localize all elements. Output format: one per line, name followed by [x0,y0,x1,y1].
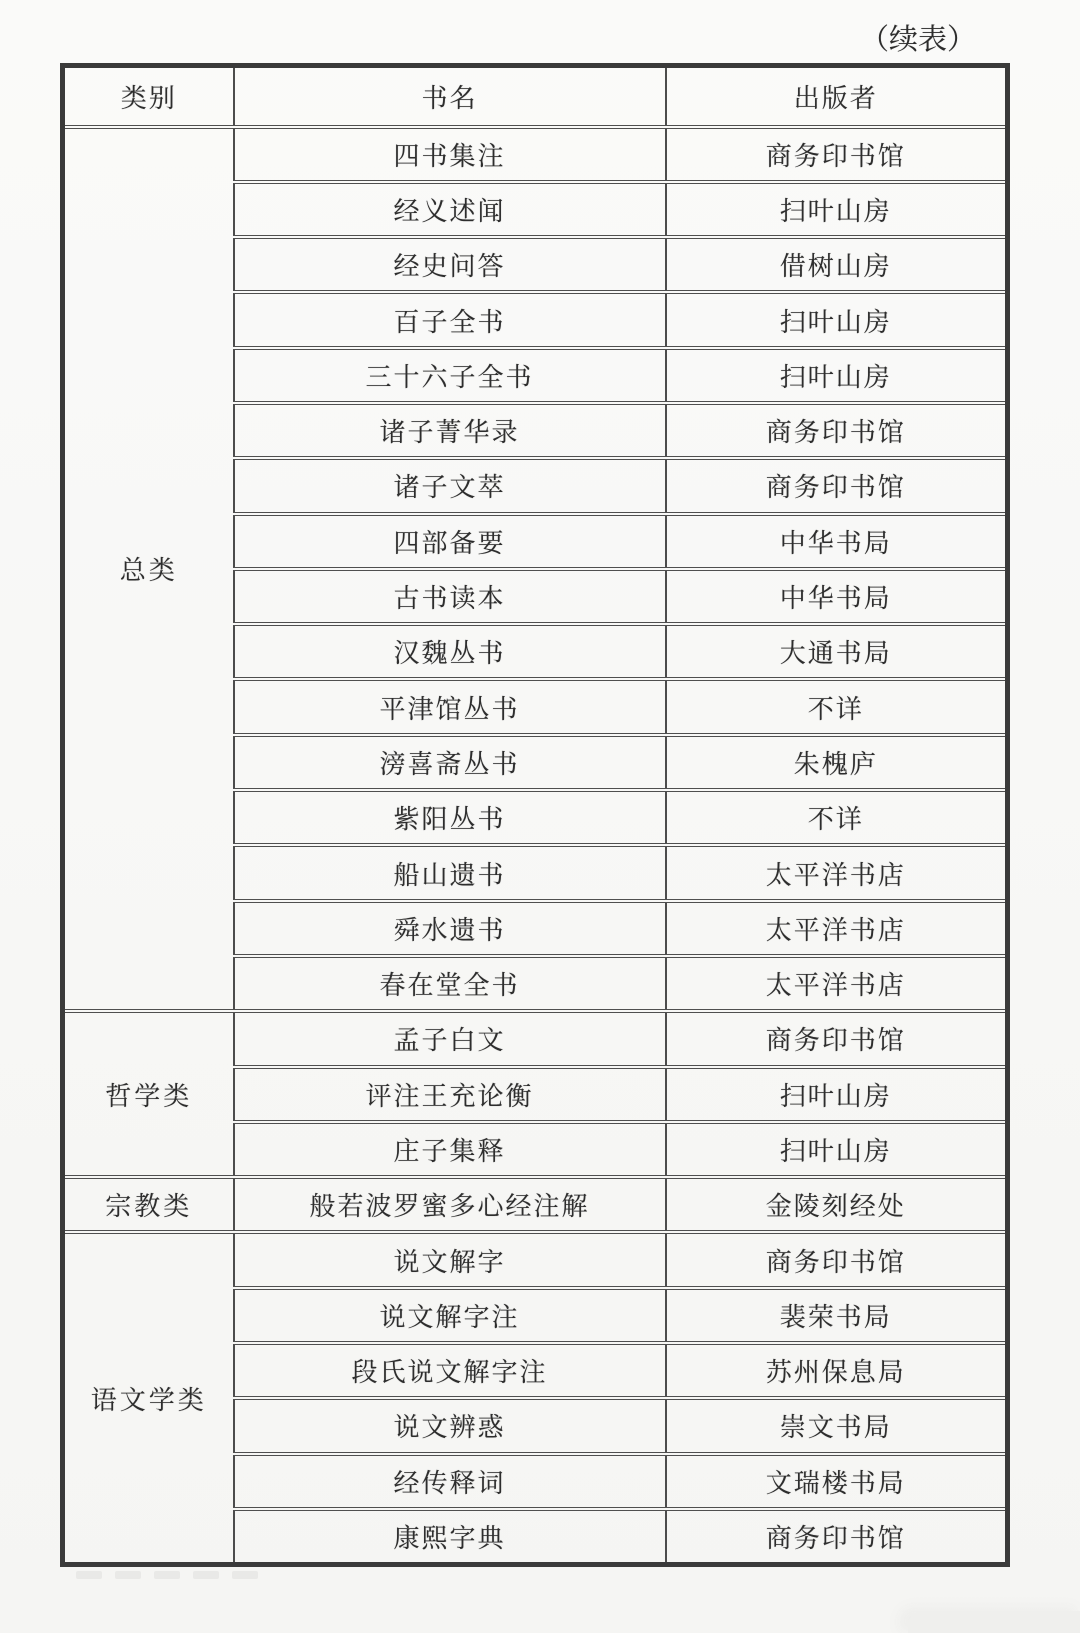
table-body: 总类四书集注商务印书馆经义述闻扫叶山房经史问答借树山房百子全书扫叶山房三十六子全… [63,127,1008,1565]
table-row: 总类四书集注商务印书馆 [63,127,1008,182]
publisher-cell: 太平洋书店 [666,956,1008,1011]
publisher-cell: 商务印书馆 [666,127,1008,182]
book-title-cell: 滂喜斋丛书 [234,735,666,790]
book-title-cell: 段氏说文解字注 [234,1343,666,1398]
table-row: 哲学类孟子白文商务印书馆 [63,1011,1008,1066]
book-title-cell: 说文解字注 [234,1288,666,1343]
book-title-cell: 四书集注 [234,127,666,182]
corner-watermark-shape [908,1611,1080,1633]
table-row: 宗教类般若波罗蜜多心经注解金陵刻经处 [63,1177,1008,1232]
book-title-cell: 四部备要 [234,514,666,569]
publisher-cell: 商务印书馆 [666,1509,1008,1564]
category-cell: 宗教类 [63,1177,234,1232]
publisher-cell: 扫叶山房 [666,348,1008,403]
book-title-cell: 古书读本 [234,569,666,624]
publisher-cell: 中华书局 [666,514,1008,569]
book-title-cell: 经史问答 [234,237,666,292]
category-cell: 哲学类 [63,1011,234,1177]
book-title-cell: 舜水遗书 [234,901,666,956]
publisher-cell: 裴荣书局 [666,1288,1008,1343]
book-title-cell: 孟子白文 [234,1011,666,1066]
book-title-cell: 汉魏丛书 [234,624,666,679]
book-title-cell: 三十六子全书 [234,348,666,403]
book-title-cell: 说文解字 [234,1232,666,1287]
scanned-document-page: （续表） 类别 书名 出版者 总类四书集注商务印书馆经义述闻扫叶山房经史问答借树… [0,0,1080,1633]
column-header-publisher: 出版者 [666,66,1008,127]
publisher-cell: 太平洋书店 [666,845,1008,900]
book-title-cell: 百子全书 [234,292,666,347]
publisher-cell: 苏州保息局 [666,1343,1008,1398]
table-row: 语文学类说文解字商务印书馆 [63,1232,1008,1287]
category-cell: 语文学类 [63,1232,234,1564]
book-title-cell: 康熙字典 [234,1509,666,1564]
header-row: 类别 书名 出版者 [63,66,1008,127]
table-header: 类别 书名 出版者 [63,66,1008,127]
book-title-cell: 诸子菁华录 [234,403,666,458]
publisher-cell: 商务印书馆 [666,1011,1008,1066]
category-cell: 总类 [63,127,234,1012]
publisher-cell: 不详 [666,679,1008,734]
book-title-cell: 说文辨惑 [234,1398,666,1453]
book-title-cell: 平津馆丛书 [234,679,666,734]
publisher-cell: 商务印书馆 [666,403,1008,458]
publisher-cell: 商务印书馆 [666,458,1008,513]
book-catalog-table: 类别 书名 出版者 总类四书集注商务印书馆经义述闻扫叶山房经史问答借树山房百子全… [60,63,1010,1567]
column-header-book-title: 书名 [234,66,666,127]
publisher-cell: 借树山房 [666,237,1008,292]
book-title-cell: 经义述闻 [234,182,666,237]
book-title-cell: 紫阳丛书 [234,790,666,845]
publisher-cell: 扫叶山房 [666,1067,1008,1122]
book-title-cell: 经传释词 [234,1454,666,1509]
publisher-cell: 金陵刻经处 [666,1177,1008,1232]
book-title-cell: 诸子文萃 [234,458,666,513]
publisher-cell: 扫叶山房 [666,1122,1008,1177]
publisher-cell: 文瑞楼书局 [666,1454,1008,1509]
publisher-cell: 中华书局 [666,569,1008,624]
publisher-cell: 太平洋书店 [666,901,1008,956]
continuation-caption: （续表） [860,17,990,58]
publisher-cell: 朱槐庐 [666,735,1008,790]
publisher-cell: 不详 [666,790,1008,845]
book-title-cell: 般若波罗蜜多心经注解 [234,1177,666,1232]
publisher-cell: 崇文书局 [666,1398,1008,1453]
publisher-cell: 扫叶山房 [666,182,1008,237]
publisher-cell: 扫叶山房 [666,292,1008,347]
book-title-cell: 庄子集释 [234,1122,666,1177]
scan-artifact-marks [76,1571,258,1579]
column-header-category: 类别 [63,66,234,127]
book-title-cell: 评注王充论衡 [234,1067,666,1122]
publisher-cell: 大通书局 [666,624,1008,679]
book-title-cell: 船山遗书 [234,845,666,900]
book-title-cell: 春在堂全书 [234,956,666,1011]
publisher-cell: 商务印书馆 [666,1232,1008,1287]
